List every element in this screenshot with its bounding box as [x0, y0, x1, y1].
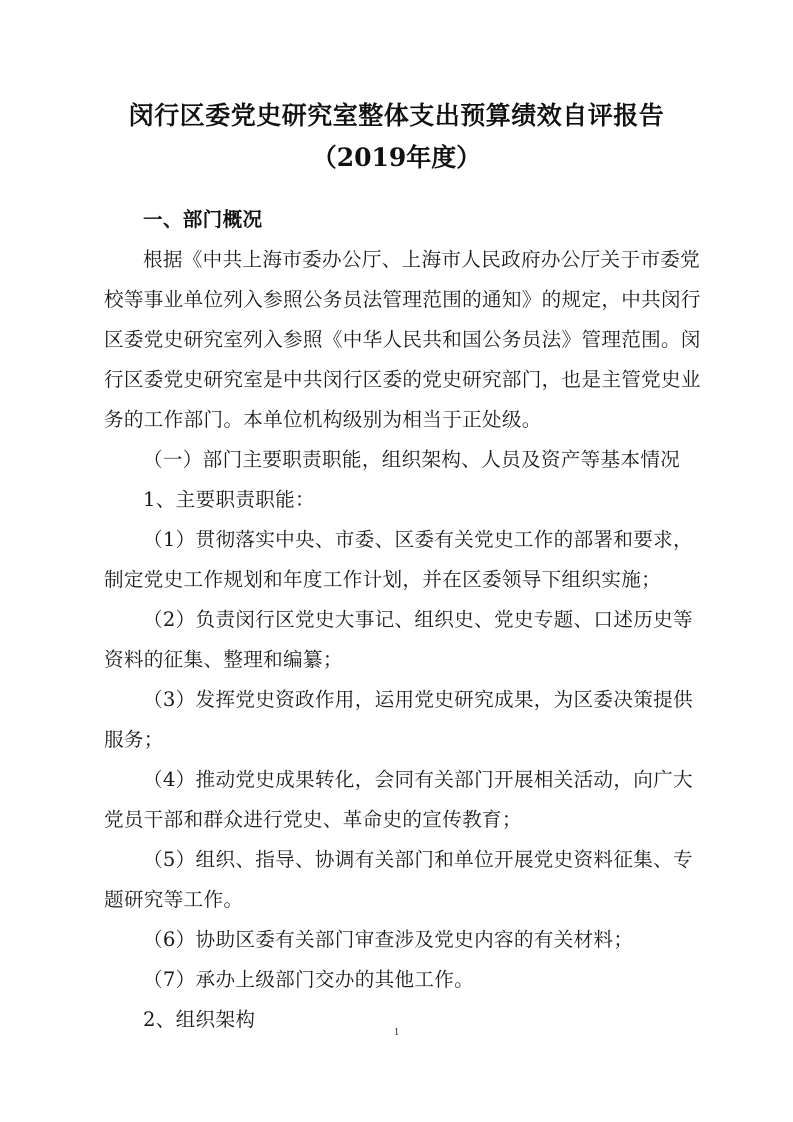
paragraph-line: 党员干部和群众进行党史、革命史的宣传教育； [104, 800, 522, 840]
page-number: 1 [0, 1026, 793, 1038]
paragraph-line: 务的工作部门。本单位机构级别为相当于正处级。 [104, 400, 542, 440]
duty-item-4: （4）推动党史成果转化，会同有关部门开展相关活动，向广大 [143, 760, 693, 800]
paragraph-line: 制定党史工作规划和年度工作计划，并在区委领导下组织实施； [104, 560, 661, 600]
document-page: 闵行区委党史研究室整体支出预算绩效自评报告 （2019年度） 一、部门概况 根据… [0, 0, 793, 1122]
report-title: 闵行区委党史研究室整体支出预算绩效自评报告 [0, 96, 793, 132]
subsection-heading: （一）部门主要职责职能，组织架构、人员及资产等基本情况 [143, 440, 680, 480]
duty-item-6: （6）协助区委有关部门审查涉及党史内容的有关材料； [143, 920, 633, 960]
duty-item-5: （5）组织、指导、协调有关部门和单位开展党史资料征集、专 [143, 840, 693, 880]
paragraph-line: 服务； [104, 720, 164, 760]
paragraph-line: 校等事业单位列入参照公务员法管理范围的通知》的规定，中共闵行 [104, 280, 701, 320]
duty-item-3: （3）发挥党史资政作用，运用党史研究成果，为区委决策提供 [143, 680, 693, 720]
paragraph-line: 根据《中共上海市委办公厅、上海市人民政府办公厅关于市委党 [143, 240, 700, 280]
report-year-subtitle: （2019年度） [0, 138, 793, 174]
paragraph-line: 题研究等工作。 [104, 880, 243, 920]
duty-item-7: （7）承办上级部门交办的其他工作。 [143, 960, 474, 1000]
duty-item-1: （1）贯彻落实中央、市委、区委有关党史工作的部署和要求， [143, 520, 693, 560]
item-heading-main-duties: 1、主要职责职能： [143, 480, 315, 520]
paragraph-line: 行区委党史研究室是中共闵行区委的党史研究部门，也是主管党史业 [104, 360, 701, 400]
paragraph-line: 资料的征集、整理和编纂； [104, 640, 343, 680]
section-heading-department-overview: 一、部门概况 [143, 200, 262, 240]
paragraph-line: 区委党史研究室列入参照《中华人民共和国公务员法》管理范围。闵 [104, 320, 701, 360]
duty-item-2: （2）负责闵行区党史大事记、组织史、党史专题、口述历史等 [143, 600, 693, 640]
